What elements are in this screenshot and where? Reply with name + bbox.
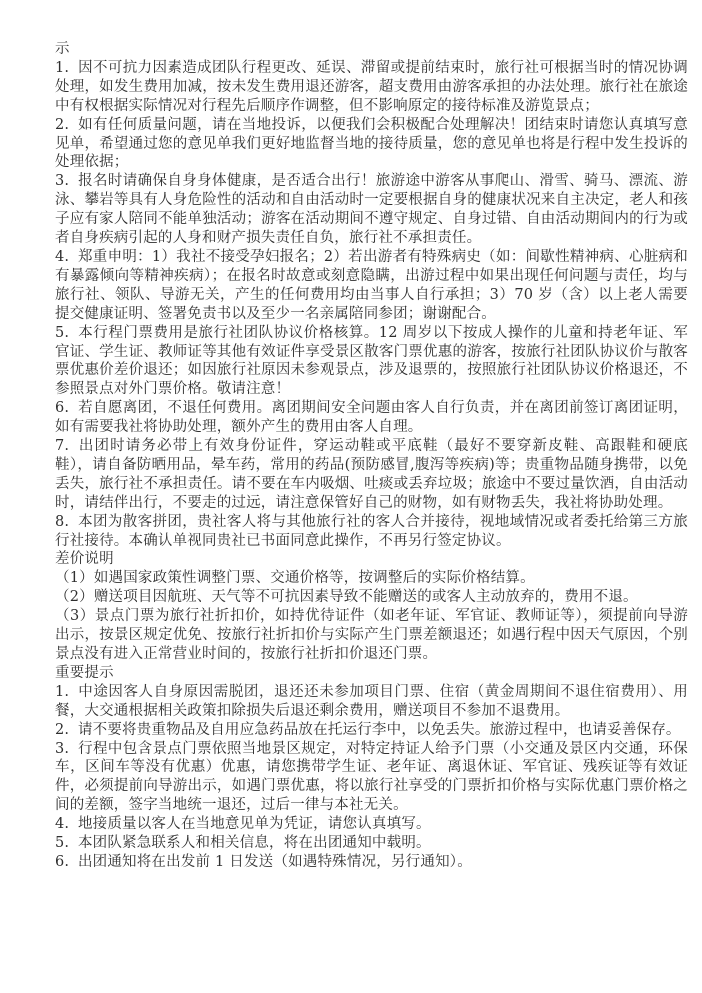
price-diff-item-3-text: 景点门票为旅行社折扣价，如持优待证件（如老年证、军官证、教师证等），须提前向导游… (55, 608, 688, 662)
notice-item-2: 2.如有任何质量问题，请在当地投诉，以便我们会积极配合处理解决！团结束时请您认真… (55, 116, 688, 173)
notice-item-8-text: 本团为散客拼团，贵社客人将与其他旅行社的客人合并接待，视地域情况或者委托给第三方… (55, 514, 688, 549)
notice-item-6-number: 6. (55, 400, 69, 416)
notice-item-1: 1.因不可抗力因素造成团队行程更改、延误、滞留或提前结束时，旅行社可根据当时的情… (55, 59, 688, 116)
notice-item-7: 7.出团时请务必带上有效身份证件，穿运动鞋或平底鞋（最好不要穿新皮鞋、高跟鞋和硬… (55, 437, 688, 513)
tip-item-1-text: 中途因客人自身原因需脱团，退还还未参加项目门票、住宿（黄金周期间不退住宿费用）、… (55, 684, 688, 719)
price-diff-item-2-number: （2） (55, 589, 94, 605)
tip-item-4-text: 地接质量以客人在当地意见单为凭证，请您认真填写。 (78, 816, 431, 832)
section-heading-tips: 重要提示 (55, 664, 688, 683)
price-diff-item-1-number: （1） (55, 570, 94, 586)
tip-item-4-number: 4. (55, 816, 69, 832)
notice-item-7-number: 7. (55, 438, 69, 454)
tip-item-3: 3.行程中包含景点门票依照当地景区规定，对特定持证人给予门票（小交通及景区内交通… (55, 740, 688, 816)
tip-item-5-text: 本团队紧急联系人和相关信息，将在出团通知中载明。 (78, 835, 431, 851)
notice-item-6-text: 若自愿离团，不退任何费用。离团期间安全问题由客人自行负责，并在离团前签订离团证明… (55, 400, 688, 435)
tip-item-6-number: 6. (55, 854, 69, 870)
notice-item-1-text: 因不可抗力因素造成团队行程更改、延误、滞留或提前结束时，旅行社可根据当时的情况协… (55, 60, 688, 114)
price-diff-item-1-text: 如遇国家政策性调整门票、交通价格等，按调整后的实际价格结算。 (94, 570, 535, 586)
tip-item-4: 4.地接质量以客人在当地意见单为凭证，请您认真填写。 (55, 815, 688, 834)
notice-item-4-number: 4. (55, 249, 69, 265)
tip-item-1: 1.中途因客人自身原因需脱团，退还还未参加项目门票、住宿（黄金周期间不退住宿费用… (55, 683, 688, 721)
tip-item-2: 2.请不要将贵重物品及自用应急药品放在托运行李中，以免丢失。旅游过程中，也请妥善… (55, 721, 688, 740)
tip-item-5: 5.本团队紧急联系人和相关信息，将在出团通知中载明。 (55, 834, 688, 853)
notice-item-3-text: 报名时请确保自身身体健康，是否适合出行！旅游途中游客从事爬山、滑雪、骑马、漂流、… (55, 173, 688, 246)
notice-item-5: 5.本行程门票费用是旅行社团队协议价格核算。12 周岁以下按成人操作的儿童和持老… (55, 324, 688, 400)
notice-item-5-number: 5. (55, 325, 69, 341)
document-page: 示 1.因不可抗力因素造成团队行程更改、延误、滞留或提前结束时，旅行社可根据当时… (0, 0, 702, 993)
notice-item-4-text: 郑重申明：1）我社不接受孕妇报名；2）若出游者有特殊病史（如：间歇性精神病、心脏… (55, 249, 688, 322)
notice-item-6: 6.若自愿离团，不退任何费用。离团期间安全问题由客人自行负责，并在离团前签订离团… (55, 399, 688, 437)
notice-item-2-text: 如有任何质量问题，请在当地投诉，以便我们会积极配合处理解决！团结束时请您认真填写… (55, 117, 688, 171)
tip-item-6: 6.出团通知将在出发前 1 日发送（如遇特殊情况，另行通知）。 (55, 853, 688, 872)
tip-item-3-number: 3. (55, 741, 69, 757)
notice-item-8-number: 8. (55, 514, 69, 530)
notice-item-3: 3.报名时请确保自身身体健康，是否适合出行！旅游途中游客从事爬山、滑雪、骑马、漂… (55, 172, 688, 248)
price-diff-item-1: （1）如遇国家政策性调整门票、交通价格等，按调整后的实际价格结算。 (55, 569, 688, 588)
tip-item-2-text: 请不要将贵重物品及自用应急药品放在托运行李中，以免丢失。旅游过程中，也请妥善保存… (78, 722, 681, 738)
text-fragment: 示 (55, 40, 688, 59)
tip-item-5-number: 5. (55, 835, 69, 851)
price-diff-item-3: （3）景点门票为旅行社折扣价，如持优待证件（如老年证、军官证、教师证等），须提前… (55, 607, 688, 664)
text-fragment-label: 示 (55, 41, 70, 57)
notice-item-2-number: 2. (55, 117, 69, 133)
price-diff-item-3-number: （3） (55, 608, 95, 624)
notice-item-5-text: 本行程门票费用是旅行社团队协议价格核算。12 周岁以下按成人操作的儿童和持老年证… (55, 325, 688, 398)
price-diff-item-2: （2）赠送项目因航班、天气等不可抗因素导致不能赠送的或客人主动放弃的，费用不退。 (55, 588, 688, 607)
notice-item-7-text: 出团时请务必带上有效身份证件，穿运动鞋或平底鞋（最好不要穿新皮鞋、高跟鞋和硬底鞋… (55, 438, 688, 511)
notice-item-4: 4.郑重申明：1）我社不接受孕妇报名；2）若出游者有特殊病史（如：间歇性精神病、… (55, 248, 688, 324)
notice-item-1-number: 1. (55, 60, 69, 76)
tip-item-2-number: 2. (55, 722, 69, 738)
tip-item-3-text: 行程中包含景点门票依照当地景区规定，对特定持证人给予门票（小交通及景区内交通，环… (55, 741, 688, 814)
document-body: 示 1.因不可抗力因素造成团队行程更改、延误、滞留或提前结束时，旅行社可根据当时… (55, 40, 688, 872)
price-diff-item-2-text: 赠送项目因航班、天气等不可抗因素导致不能赠送的或客人主动放弃的，费用不退。 (94, 589, 638, 605)
notice-item-3-number: 3. (55, 173, 69, 189)
section-heading-price-diff: 差价说明 (55, 550, 688, 569)
tip-item-1-number: 1. (55, 684, 69, 700)
notice-item-8: 8.本团为散客拼团，贵社客人将与其他旅行社的客人合并接待，视地域情况或者委托给第… (55, 513, 688, 551)
tip-item-6-text: 出团通知将在出发前 1 日发送（如遇特殊情况，另行通知）。 (78, 854, 472, 870)
